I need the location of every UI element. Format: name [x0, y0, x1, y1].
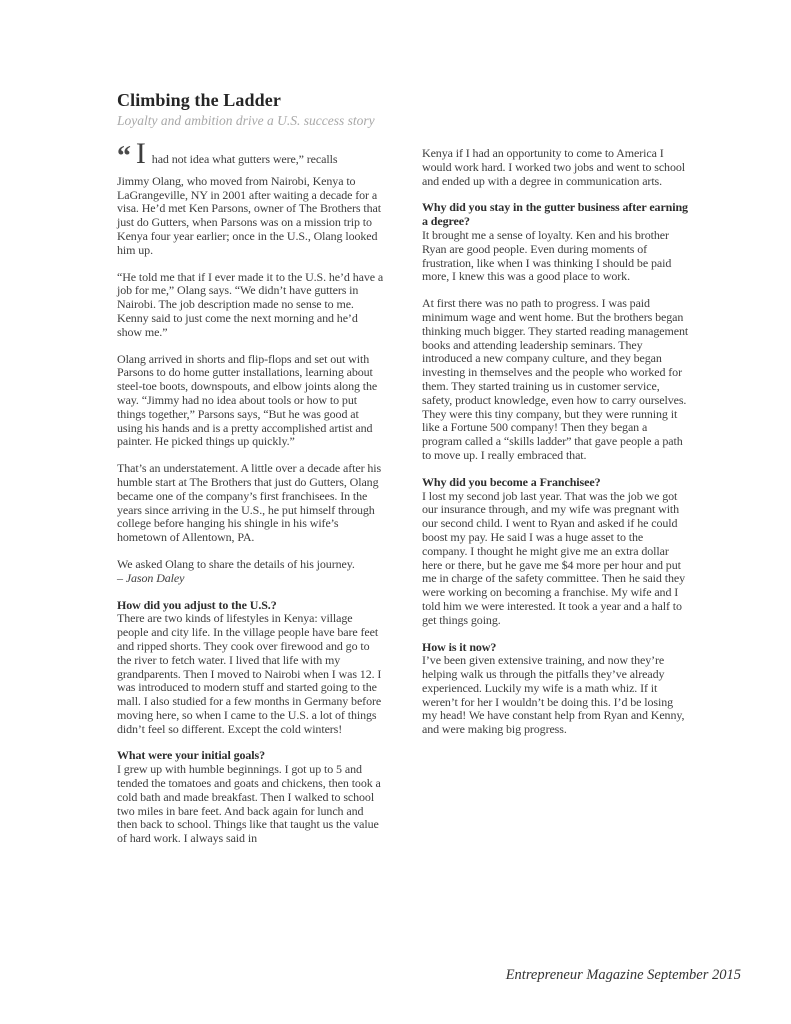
paragraph: That’s an understatement. A little over … — [117, 462, 385, 545]
paragraph-text: We asked Olang to share the details of h… — [117, 557, 355, 571]
paragraph: We asked Olang to share the details of h… — [117, 558, 385, 586]
drop-cap: I — [136, 137, 146, 170]
question-heading: What were your initial goals? — [117, 749, 385, 763]
paragraph: Kenya if I had an opportunity to come to… — [422, 147, 690, 188]
question-heading: Why did you become a Franchisee? — [422, 476, 690, 490]
answer-text: I’ve been given extensive training, and … — [422, 653, 684, 736]
question-heading: Why did you stay in the gutter business … — [422, 201, 690, 229]
open-quote-mark: “ — [117, 141, 131, 172]
qa-block: Why did you stay in the gutter business … — [422, 201, 690, 284]
article-body: “Ihad not idea what gutters were,” recal… — [117, 147, 690, 846]
paragraph: “He told me that if I ever made it to th… — [117, 271, 385, 340]
left-column-blocks: Jimmy Olang, who moved from Nairobi, Ken… — [117, 175, 385, 846]
opening-line: “Ihad not idea what gutters were,” recal… — [117, 147, 385, 167]
answer-text: I lost my second job last year. That was… — [422, 489, 685, 627]
left-column: “Ihad not idea what gutters were,” recal… — [117, 147, 385, 846]
page-title: Climbing the Ladder — [117, 90, 689, 111]
page-footer: Entrepreneur Magazine September 2015 — [506, 967, 741, 984]
magazine-page: Climbing the Ladder Loyalty and ambition… — [0, 0, 791, 1024]
qa-block: How did you adjust to the U.S.?There are… — [117, 599, 385, 737]
question-heading: How did you adjust to the U.S.? — [117, 599, 385, 613]
question-heading: How is it now? — [422, 641, 690, 655]
byline: – Jason Daley — [117, 572, 385, 586]
paragraph: Jimmy Olang, who moved from Nairobi, Ken… — [117, 175, 385, 258]
qa-block: Why did you become a Franchisee?I lost m… — [422, 476, 690, 628]
right-column: Kenya if I had an opportunity to come to… — [422, 147, 690, 846]
paragraph: At first there was no path to progress. … — [422, 297, 690, 463]
answer-text: It brought me a sense of loyalty. Ken an… — [422, 228, 671, 283]
answer-text: I grew up with humble beginnings. I got … — [117, 762, 381, 845]
qa-block: What were your initial goals?I grew up w… — [117, 749, 385, 846]
answer-text: There are two kinds of lifestyles in Ken… — [117, 611, 381, 735]
paragraph: Olang arrived in shorts and flip-flops a… — [117, 353, 385, 450]
article-subtitle: Loyalty and ambition drive a U.S. succes… — [117, 113, 689, 129]
right-column-blocks: Kenya if I had an opportunity to come to… — [422, 147, 690, 737]
article-header: Climbing the Ladder Loyalty and ambition… — [117, 90, 689, 129]
opening-text: had not idea what gutters were,” recalls — [152, 152, 338, 166]
qa-block: How is it now?I’ve been given extensive … — [422, 641, 690, 738]
